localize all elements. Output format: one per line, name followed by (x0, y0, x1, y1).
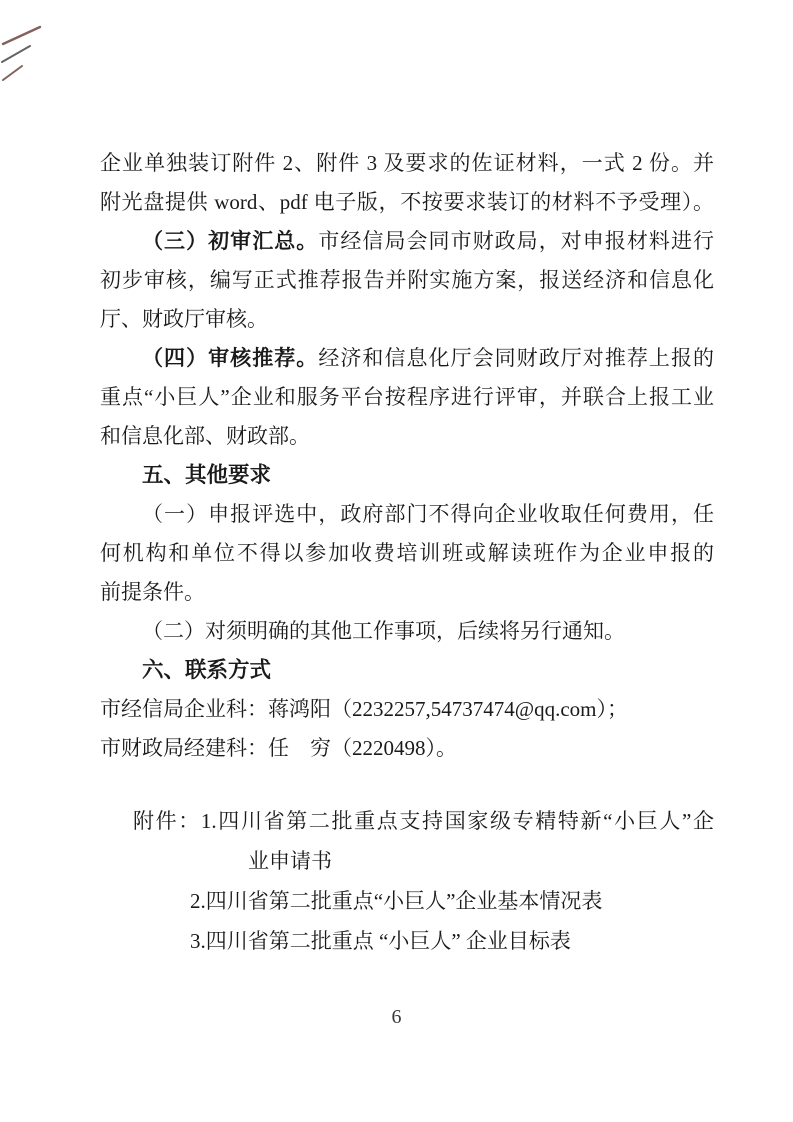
corner-scribble-marks (0, 14, 50, 94)
attachment-item-text: 3.四川省第二批重点 “小巨人” 企业目标表 (190, 929, 571, 953)
attachment-item-text: 业申请书 (248, 849, 332, 873)
body-line: 和信息化部、财政部。 (100, 417, 714, 456)
line-text: （二）对须明确的其他工作事项，后续将另行通知。 (142, 619, 625, 643)
body-line: 企业单独装订附件 2、附件 3 及要求的佐证材料，一式 2 份。并 (100, 144, 714, 183)
line-text: 市财政局经建科：任 穷（2220498）。 (100, 736, 457, 760)
attachments-label: 附件： (133, 809, 201, 833)
section-heading-contact-info: 六、联系方式 (100, 651, 714, 690)
body-line: 前提条件。 (100, 573, 714, 612)
line-text: 企业单独装订附件 2、附件 3 及要求的佐证材料，一式 2 份。并 (100, 151, 714, 175)
line-text: 附光盘提供 word、pdf 电子版，不按要求装订的材料不予受理）。 (100, 190, 714, 214)
section-heading-other-requirements: 五、其他要求 (100, 456, 714, 495)
body-line: 何机构和单位不得以参加收费培训班或解读班作为企业申报的 (100, 534, 714, 573)
contact-line-jingxin-bureau: 市经信局企业科：蒋鸿阳（2232257,54737474@qq.com）； (100, 690, 714, 729)
body-line: （四）审核推荐。经济和信息化厅会同财政厅对推荐上报的 (100, 339, 714, 378)
line-text: 市经信局会同市财政局，对申报材料进行 (318, 229, 714, 253)
document-page: 企业单独装订附件 2、附件 3 及要求的佐证材料，一式 2 份。并 附光盘提供 … (0, 0, 793, 1122)
contact-line-finance-bureau: 市财政局经建科：任 穷（2220498）。 (100, 729, 714, 768)
attachment-line: 业申请书 (100, 841, 714, 881)
heading-text: 五、其他要求 (142, 463, 271, 487)
attachment-line: 附件：1.四川省第二批重点支持国家级专精特新“小巨人”企 (100, 801, 714, 841)
body-line: （一）申报评选中，政府部门不得向企业收取任何费用，任 (100, 495, 714, 534)
line-text: 前提条件。 (100, 580, 205, 604)
heading-text: 六、联系方式 (142, 658, 271, 682)
attachment-line: 3.四川省第二批重点 “小巨人” 企业目标表 (100, 921, 714, 961)
line-text: 厅、财政厅审核。 (100, 307, 268, 331)
page-number: 6 (0, 1006, 793, 1029)
line-text: 重点“小巨人”企业和服务平台按程序进行评审，并联合上报工业 (100, 385, 714, 409)
body-line: 附光盘提供 word、pdf 电子版，不按要求装订的材料不予受理）。 (100, 183, 714, 222)
line-text: 初步审核，编写正式推荐报告并附实施方案，报送经济和信息化 (100, 268, 714, 292)
body-line: 初步审核，编写正式推荐报告并附实施方案，报送经济和信息化 (100, 261, 714, 300)
paragraph-lead: （三）初审汇总。 (142, 229, 318, 253)
line-text: （一）申报评选中，政府部门不得向企业收取任何费用，任 (142, 502, 714, 526)
line-text: 经济和信息化厅会同财政厅对推荐上报的 (318, 346, 714, 370)
body-line: 厅、财政厅审核。 (100, 300, 714, 339)
line-text: 何机构和单位不得以参加收费培训班或解读班作为企业申报的 (100, 541, 714, 565)
attachment-item-text: 1.四川省第二批重点支持国家级专精特新“小巨人”企 (201, 809, 714, 833)
body-line: 重点“小巨人”企业和服务平台按程序进行评审，并联合上报工业 (100, 378, 714, 417)
attachment-line: 2.四川省第二批重点“小巨人”企业基本情况表 (100, 881, 714, 921)
document-text: 企业单独装订附件 2、附件 3 及要求的佐证材料，一式 2 份。并 附光盘提供 … (100, 144, 714, 961)
paragraph-lead: （四）审核推荐。 (142, 346, 318, 370)
body-line: （二）对须明确的其他工作事项，后续将另行通知。 (100, 612, 714, 651)
attachments-list: 附件：1.四川省第二批重点支持国家级专精特新“小巨人”企 业申请书 2.四川省第… (100, 801, 714, 961)
attachment-item-text: 2.四川省第二批重点“小巨人”企业基本情况表 (190, 889, 602, 913)
line-text: 市经信局企业科：蒋鸿阳（2232257,54737474@qq.com）； (100, 697, 628, 721)
line-text: 和信息化部、财政部。 (100, 424, 310, 448)
body-line: （三）初审汇总。市经信局会同市财政局，对申报材料进行 (100, 222, 714, 261)
